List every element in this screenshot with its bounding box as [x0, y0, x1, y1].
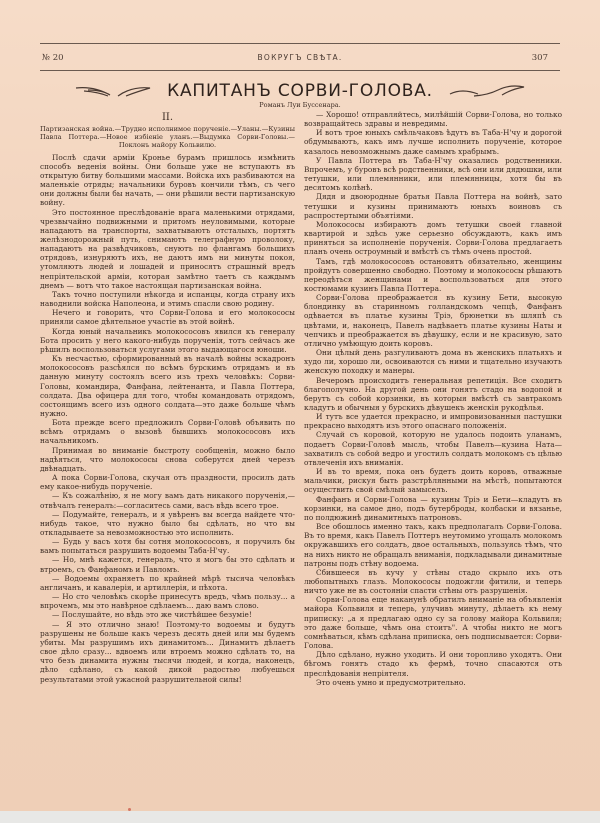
- paragraph: Молокососы избираютъ домъ тетушки своей …: [304, 220, 562, 257]
- magazine-page: № 20 ВОКРУГЪ СВѢТА. 307 КАПИТАНЪ СОРВИ-Г…: [0, 0, 600, 823]
- page-number: 307: [532, 53, 548, 63]
- article-title: КАПИТАНЪ СОРВИ-ГОЛОВА.: [157, 81, 443, 101]
- paragraph: — Но сто человѣкъ скорѣе принесутъ вредъ…: [40, 592, 295, 610]
- page-edge: [0, 811, 600, 823]
- right-flourish-icon: [448, 84, 526, 98]
- paragraph: Когда юный начальникъ молокососовъ явилс…: [40, 327, 295, 354]
- paragraph: Дѣло сдѣлано, нужно уходить. И они тороп…: [304, 650, 562, 677]
- paragraph: — Послушайте, но вѣдь это же чистѣйшее б…: [40, 610, 295, 619]
- left-column-body: Послѣ сдачи арміи Кронье бурамъ пришлось…: [40, 153, 295, 684]
- header-rule: [40, 70, 560, 71]
- paragraph: И тутъ все удается прекрасно, и импровиз…: [304, 412, 562, 430]
- paragraph: — Но, мнѣ кажется, генералъ, что я могъ …: [40, 555, 295, 573]
- paragraph: Бота прежде всего предложилъ Сорви-Голов…: [40, 418, 295, 445]
- chapter-number: II.: [40, 112, 295, 124]
- article-byline: Романъ Луи Буссенара.: [0, 101, 600, 109]
- paragraph: Это постоянное преслѣдованіе врага мален…: [40, 208, 295, 290]
- paragraph: — Хорошо! отправляйтесь, милѣйшій Сорви-…: [304, 110, 562, 128]
- paragraph: — Водоемы охраняетъ по крайней мѣрѣ тыся…: [40, 574, 295, 592]
- paragraph: Нечего и говорить, что Сорви-Голова и ег…: [40, 308, 295, 326]
- paragraph: Случай съ коровой, которую не удалось по…: [304, 430, 562, 467]
- chapter-summary: Партизанская война.—Трудно исполнимое по…: [40, 125, 295, 150]
- paragraph: Они цѣлый день разгуливаютъ дома въ женс…: [304, 348, 562, 375]
- paragraph: И въ то время, пока онъ будетъ доить кор…: [304, 467, 562, 494]
- paragraph: И вотъ трое юныхъ смѣльчаковъ ѣдутъ въ Т…: [304, 128, 562, 155]
- paragraph: Принимая во вниманіе быстроту сообщенія,…: [40, 446, 295, 473]
- paragraph: — Будь у васъ хотя бы сотня молокососовъ…: [40, 537, 295, 555]
- paragraph: Сорви-Голова еще наканунѣ обратилъ внима…: [304, 595, 562, 650]
- paragraph: Вечеромъ происходитъ генеральная репетиц…: [304, 376, 562, 413]
- right-column: — Хорошо! отправляйтесь, милѣйшій Сорви-…: [304, 110, 562, 687]
- paragraph: Дядя и двоюродные братья Павла Поттера н…: [304, 192, 562, 219]
- paragraph: Все обошлось именно такъ, какъ предполаг…: [304, 522, 562, 568]
- left-flourish-icon: [74, 84, 152, 98]
- right-column-body: — Хорошо! отправляйтесь, милѣйшій Сорви-…: [304, 110, 562, 687]
- top-rule: [40, 43, 560, 44]
- paragraph: Фанфанъ и Сорви-Голова — кузины Тріэ и Б…: [304, 495, 562, 522]
- paragraph: Это очень умно и предусмотрительно.: [304, 678, 562, 687]
- magazine-title: ВОКРУГЪ СВѢТА.: [42, 53, 558, 62]
- paragraph: — Подумайте, генералъ, и я увѣренъ вы вс…: [40, 510, 295, 537]
- paragraph: А пока Сорви-Голова, скучая отъ празднос…: [40, 473, 295, 491]
- paragraph: Тамъ, гдѣ молокососовъ остановятъ обязат…: [304, 257, 562, 294]
- paragraph: У Павла Поттера въ Таба-Н'чу оказались р…: [304, 156, 562, 193]
- title-row: КАПИТАНЪ СОРВИ-ГОЛОВА.: [40, 80, 560, 102]
- paragraph: — Я это отлично знаю! Поэтому-то водоемы…: [40, 620, 295, 684]
- paragraph: Сбившееся въ кучу у стѣны стадо скрыло и…: [304, 568, 562, 595]
- paragraph: Послѣ сдачи арміи Кронье бурамъ пришлось…: [40, 153, 295, 208]
- paragraph: Такъ точно поступили нѣкогда и испанцы, …: [40, 290, 295, 308]
- paragraph: Сорви-Голова преображается въ кузину Бет…: [304, 293, 562, 348]
- paragraph: — Къ сожалѣнію, я не могу вамъ дать ника…: [40, 491, 295, 509]
- left-column: II. Партизанская война.—Трудно исполнимо…: [40, 112, 295, 684]
- paragraph: Къ несчастью, сформированный въ началѣ в…: [40, 354, 295, 418]
- running-head: № 20 ВОКРУГЪ СВѢТА. 307: [42, 53, 558, 67]
